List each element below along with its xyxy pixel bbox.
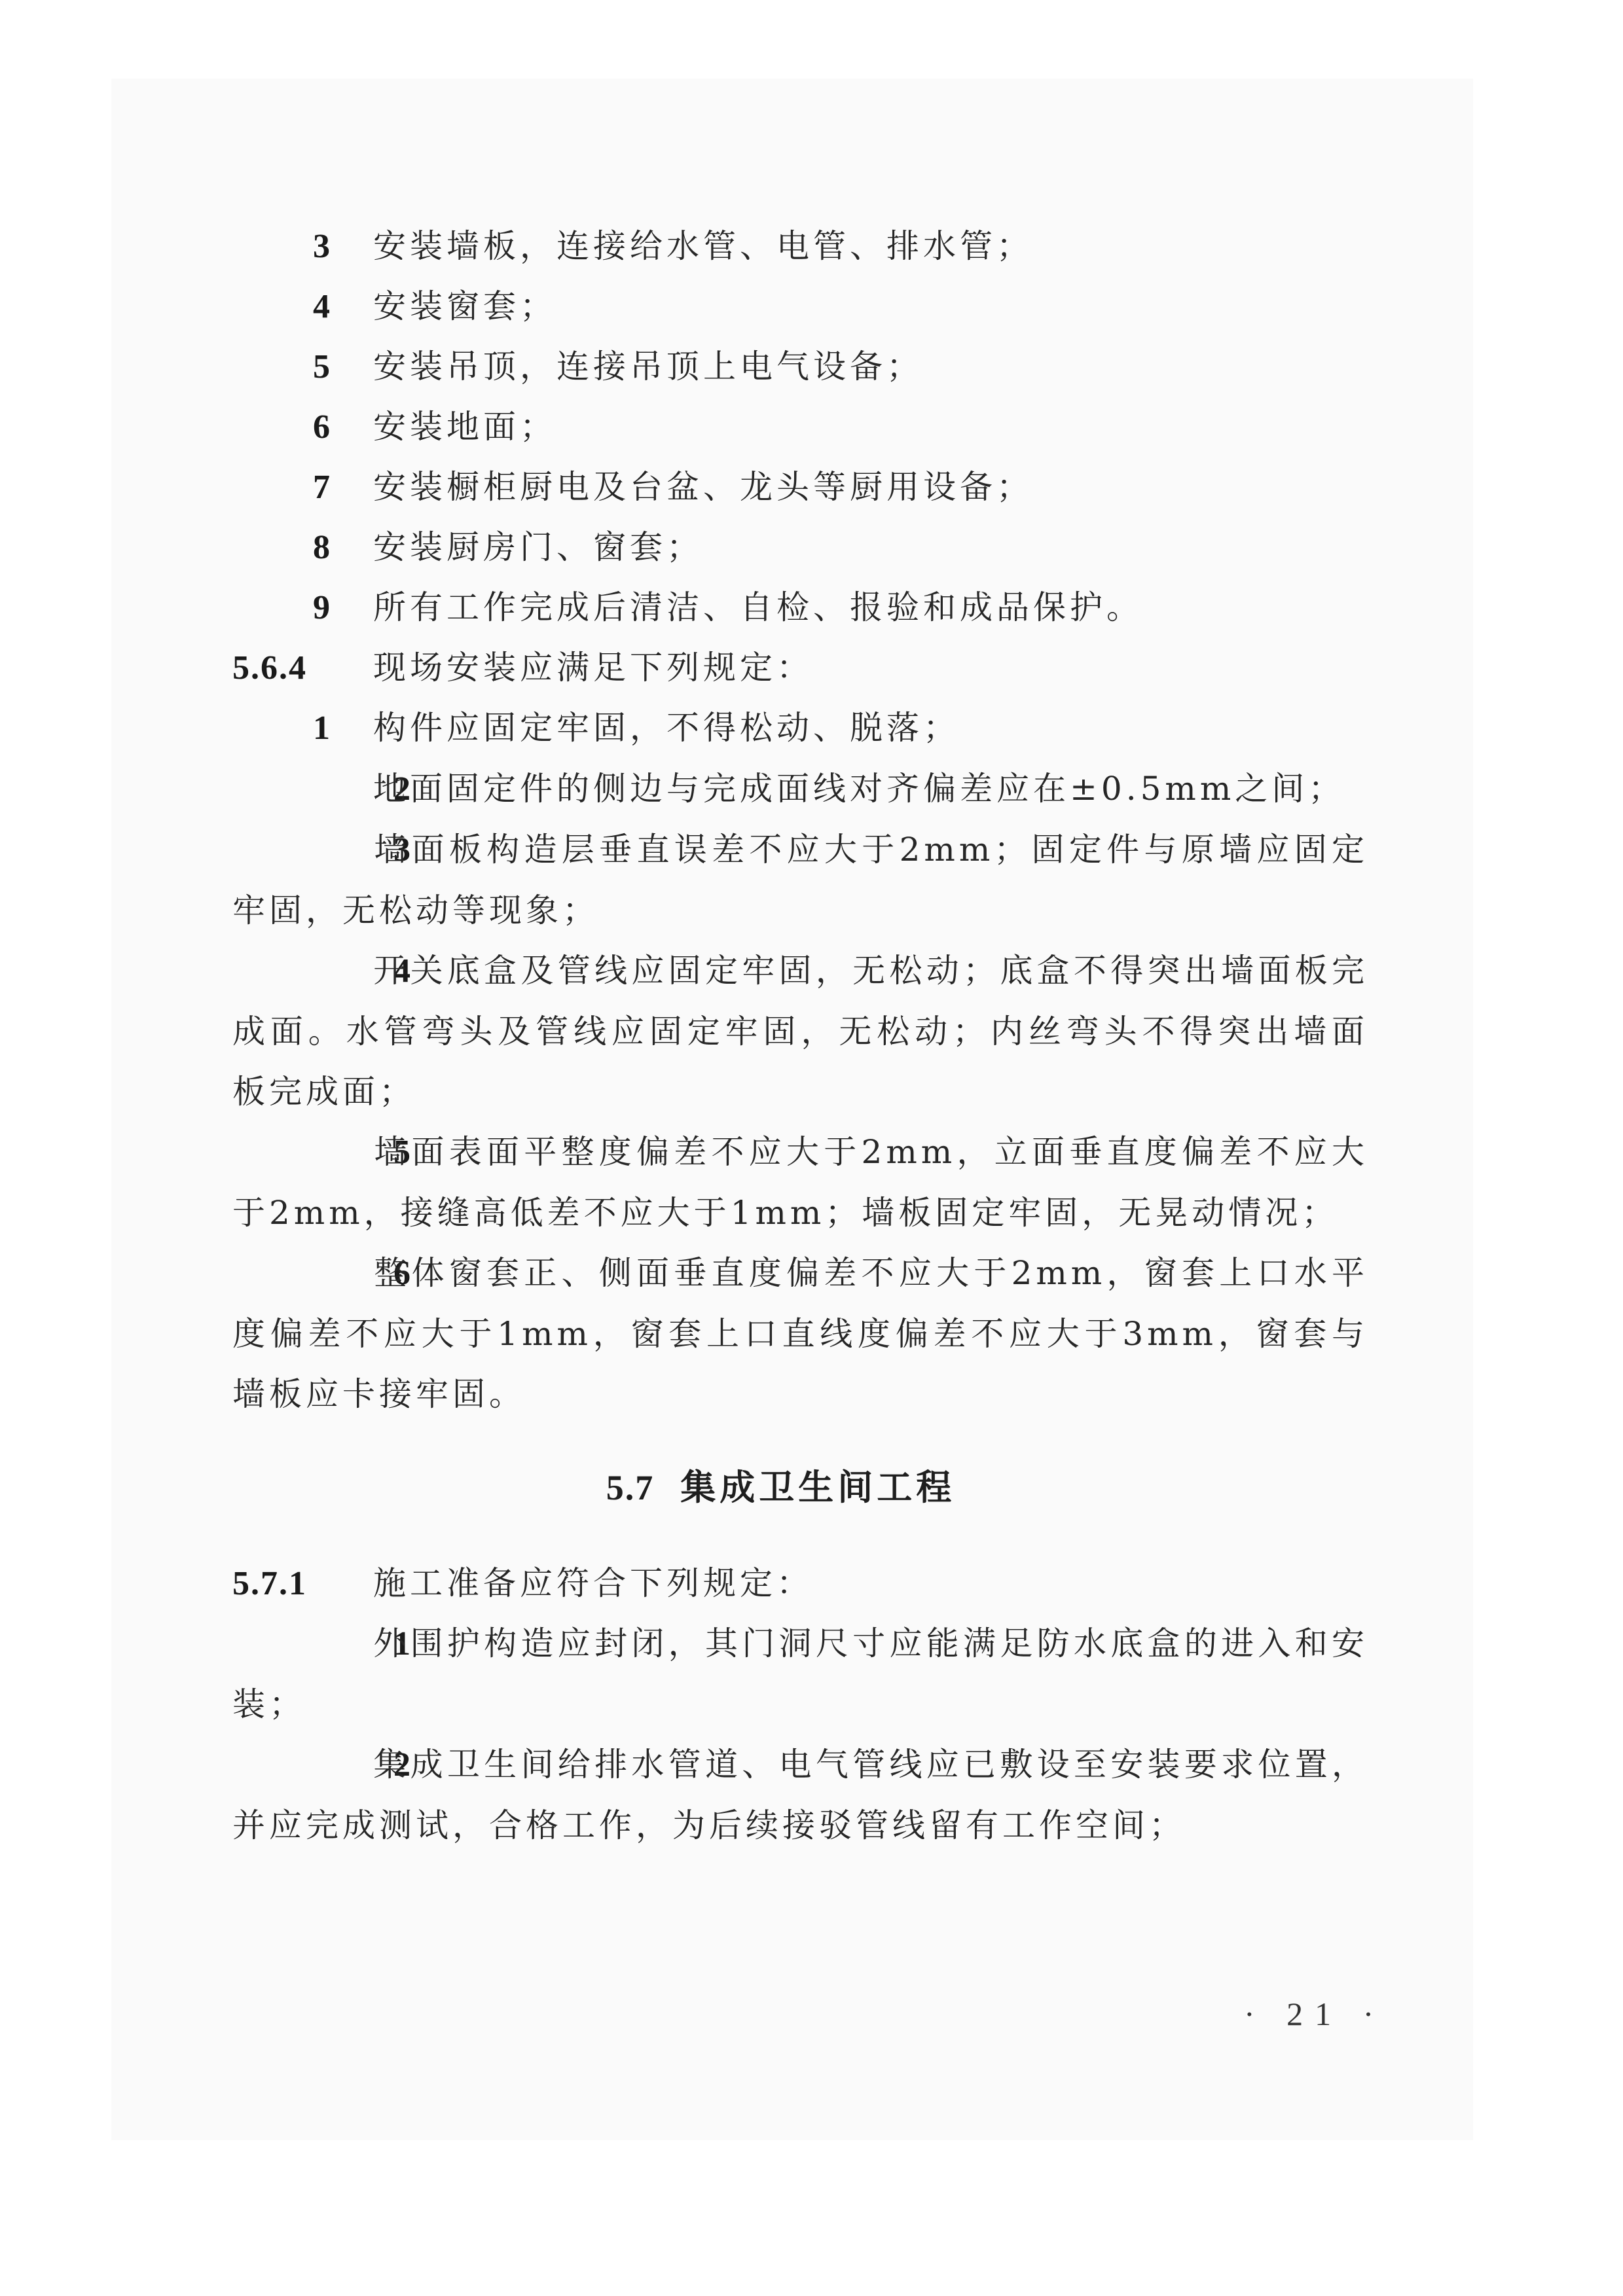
step-item: 9所有工作完成后清洁、自检、报验和成品保护。 xyxy=(232,577,1368,637)
step-number: 4 xyxy=(313,277,373,337)
item-text: 构件应固定牢固，不得松动、脱落； xyxy=(373,709,960,747)
steps-list: 3安装墙板，连接给水管、电管、排水管； 4安装窗套； 5安装吊顶，连接吊顶上电气… xyxy=(232,216,1368,637)
section-title: 集成卫生间工程 xyxy=(680,1466,955,1508)
clause-item: 6整体窗套正、侧面垂直度偏差不应大于2mm，窗套上口水平度偏差不应大于1mm，窗… xyxy=(232,1243,1368,1424)
clause-heading: 5.6.4现场安装应满足下列规定： xyxy=(232,637,1368,698)
clause-item: 3墙面板构造层垂直误差不应大于2mm；固定件与原墙应固定牢固，无松动等现象； xyxy=(232,819,1368,941)
step-number: 9 xyxy=(313,578,373,638)
step-text: 安装橱柜厨电及台盆、龙头等厨用设备； xyxy=(373,468,1033,506)
item-number: 2 xyxy=(313,1735,373,1795)
clause-number: 5.7.1 xyxy=(232,1554,373,1614)
step-item: 5安装吊顶，连接吊顶上电气设备； xyxy=(232,336,1368,397)
step-number: 3 xyxy=(313,217,373,277)
step-item: 8安装厨房门、窗套； xyxy=(232,517,1368,577)
step-text: 安装墙板，连接给水管、电管、排水管； xyxy=(373,227,1033,265)
item-number: 1 xyxy=(313,698,373,759)
item-number: 4 xyxy=(313,941,373,1001)
step-item: 6安装地面； xyxy=(232,397,1368,457)
item-text: 开关底盒及管线应固定牢固，无松动；底盒不得突出墙面板完成面。水管弯头及管线应固定… xyxy=(232,952,1368,1111)
step-item: 4安装窗套； xyxy=(232,276,1368,336)
page-content: 3安装墙板，连接给水管、电管、排水管； 4安装窗套； 5安装吊顶，连接吊顶上电气… xyxy=(232,216,1368,1856)
section-heading: 5.7集成卫生间工程 xyxy=(232,1457,1368,1517)
clause-item: 1外围护构造应封闭，其门洞尺寸应能满足防水底盒的进入和安装； xyxy=(232,1613,1368,1734)
clause-item: 2集成卫生间给排水管道、电气管线应已敷设至安装要求位置，并应完成测试，合格工作，… xyxy=(232,1734,1368,1856)
item-number: 5 xyxy=(313,1122,373,1183)
clause-title: 施工准备应符合下列规定： xyxy=(373,1564,813,1602)
clause-5-7-1: 5.7.1施工准备应符合下列规定： 1外围护构造应封闭，其门洞尺寸应能满足防水底… xyxy=(232,1553,1368,1856)
step-number: 7 xyxy=(313,457,373,518)
clause-item: 2地面固定件的侧边与完成面线对齐偏差应在±0.5mm之间； xyxy=(232,759,1368,819)
section-number: 5.7 xyxy=(606,1468,655,1507)
item-text: 集成卫生间给排水管道、电气管线应已敷设至安装要求位置，并应完成测试，合格工作，为… xyxy=(232,1746,1368,1844)
step-item: 3安装墙板，连接给水管、电管、排水管； xyxy=(232,216,1368,276)
step-text: 安装窗套； xyxy=(373,287,556,325)
step-number: 6 xyxy=(313,397,373,457)
step-number: 8 xyxy=(313,518,373,578)
item-number: 3 xyxy=(313,820,373,880)
item-text: 墙面表面平整度偏差不应大于2mm，立面垂直度偏差不应大于2mm，接缝高低差不应大… xyxy=(232,1133,1368,1232)
item-number: 2 xyxy=(313,759,373,819)
item-text: 整体窗套正、侧面垂直度偏差不应大于2mm，窗套上口水平度偏差不应大于1mm，窗套… xyxy=(232,1254,1368,1413)
clause-item: 4开关底盒及管线应固定牢固，无松动；底盒不得突出墙面板完成面。水管弯头及管线应固… xyxy=(232,941,1368,1122)
step-text: 所有工作完成后清洁、自检、报验和成品保护。 xyxy=(373,588,1143,626)
step-text: 安装地面； xyxy=(373,408,556,446)
item-text: 地面固定件的侧边与完成面线对齐偏差应在±0.5mm之间； xyxy=(373,770,1345,808)
item-text: 墙面板构造层垂直误差不应大于2mm；固定件与原墙应固定牢固，无松动等现象； xyxy=(232,831,1368,929)
clause-5-6-4: 5.6.4现场安装应满足下列规定： 1构件应固定牢固，不得松动、脱落； 2地面固… xyxy=(232,637,1368,1424)
step-item: 7安装橱柜厨电及台盆、龙头等厨用设备； xyxy=(232,457,1368,517)
step-text: 安装吊顶，连接吊顶上电气设备； xyxy=(373,348,923,386)
clause-heading: 5.7.1施工准备应符合下列规定： xyxy=(232,1553,1368,1613)
page-number: · 21 · xyxy=(1244,1995,1385,2033)
clause-item: 5墙面表面平整度偏差不应大于2mm，立面垂直度偏差不应大于2mm，接缝高低差不应… xyxy=(232,1122,1368,1243)
step-number: 5 xyxy=(313,337,373,397)
clause-title: 现场安装应满足下列规定： xyxy=(373,649,813,687)
step-text: 安装厨房门、窗套； xyxy=(373,528,703,566)
item-number: 1 xyxy=(313,1614,373,1674)
clause-number: 5.6.4 xyxy=(232,638,373,698)
clause-item: 1构件应固定牢固，不得松动、脱落； xyxy=(232,698,1368,759)
item-number: 6 xyxy=(313,1244,373,1304)
